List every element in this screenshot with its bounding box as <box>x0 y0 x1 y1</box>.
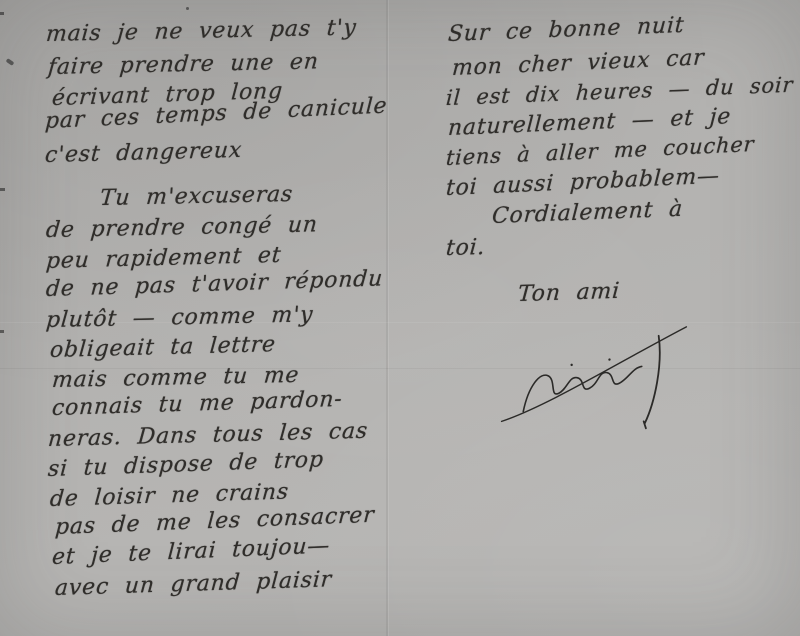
handwritten-line: toi aussi probablem— <box>445 164 720 202</box>
handwritten-line: Sur ce bonne nuit <box>447 13 685 47</box>
handwritten-line: toi. <box>445 235 486 261</box>
signature <box>490 308 704 440</box>
handwritten-line: mon cher vieux car <box>451 45 705 81</box>
handwritten-line: Ton ami <box>517 279 621 307</box>
handwritten-line: Cordialement à <box>491 197 684 229</box>
scanned-letter-page: mais je ne veux pas t'y faire prendre un… <box>0 0 800 636</box>
